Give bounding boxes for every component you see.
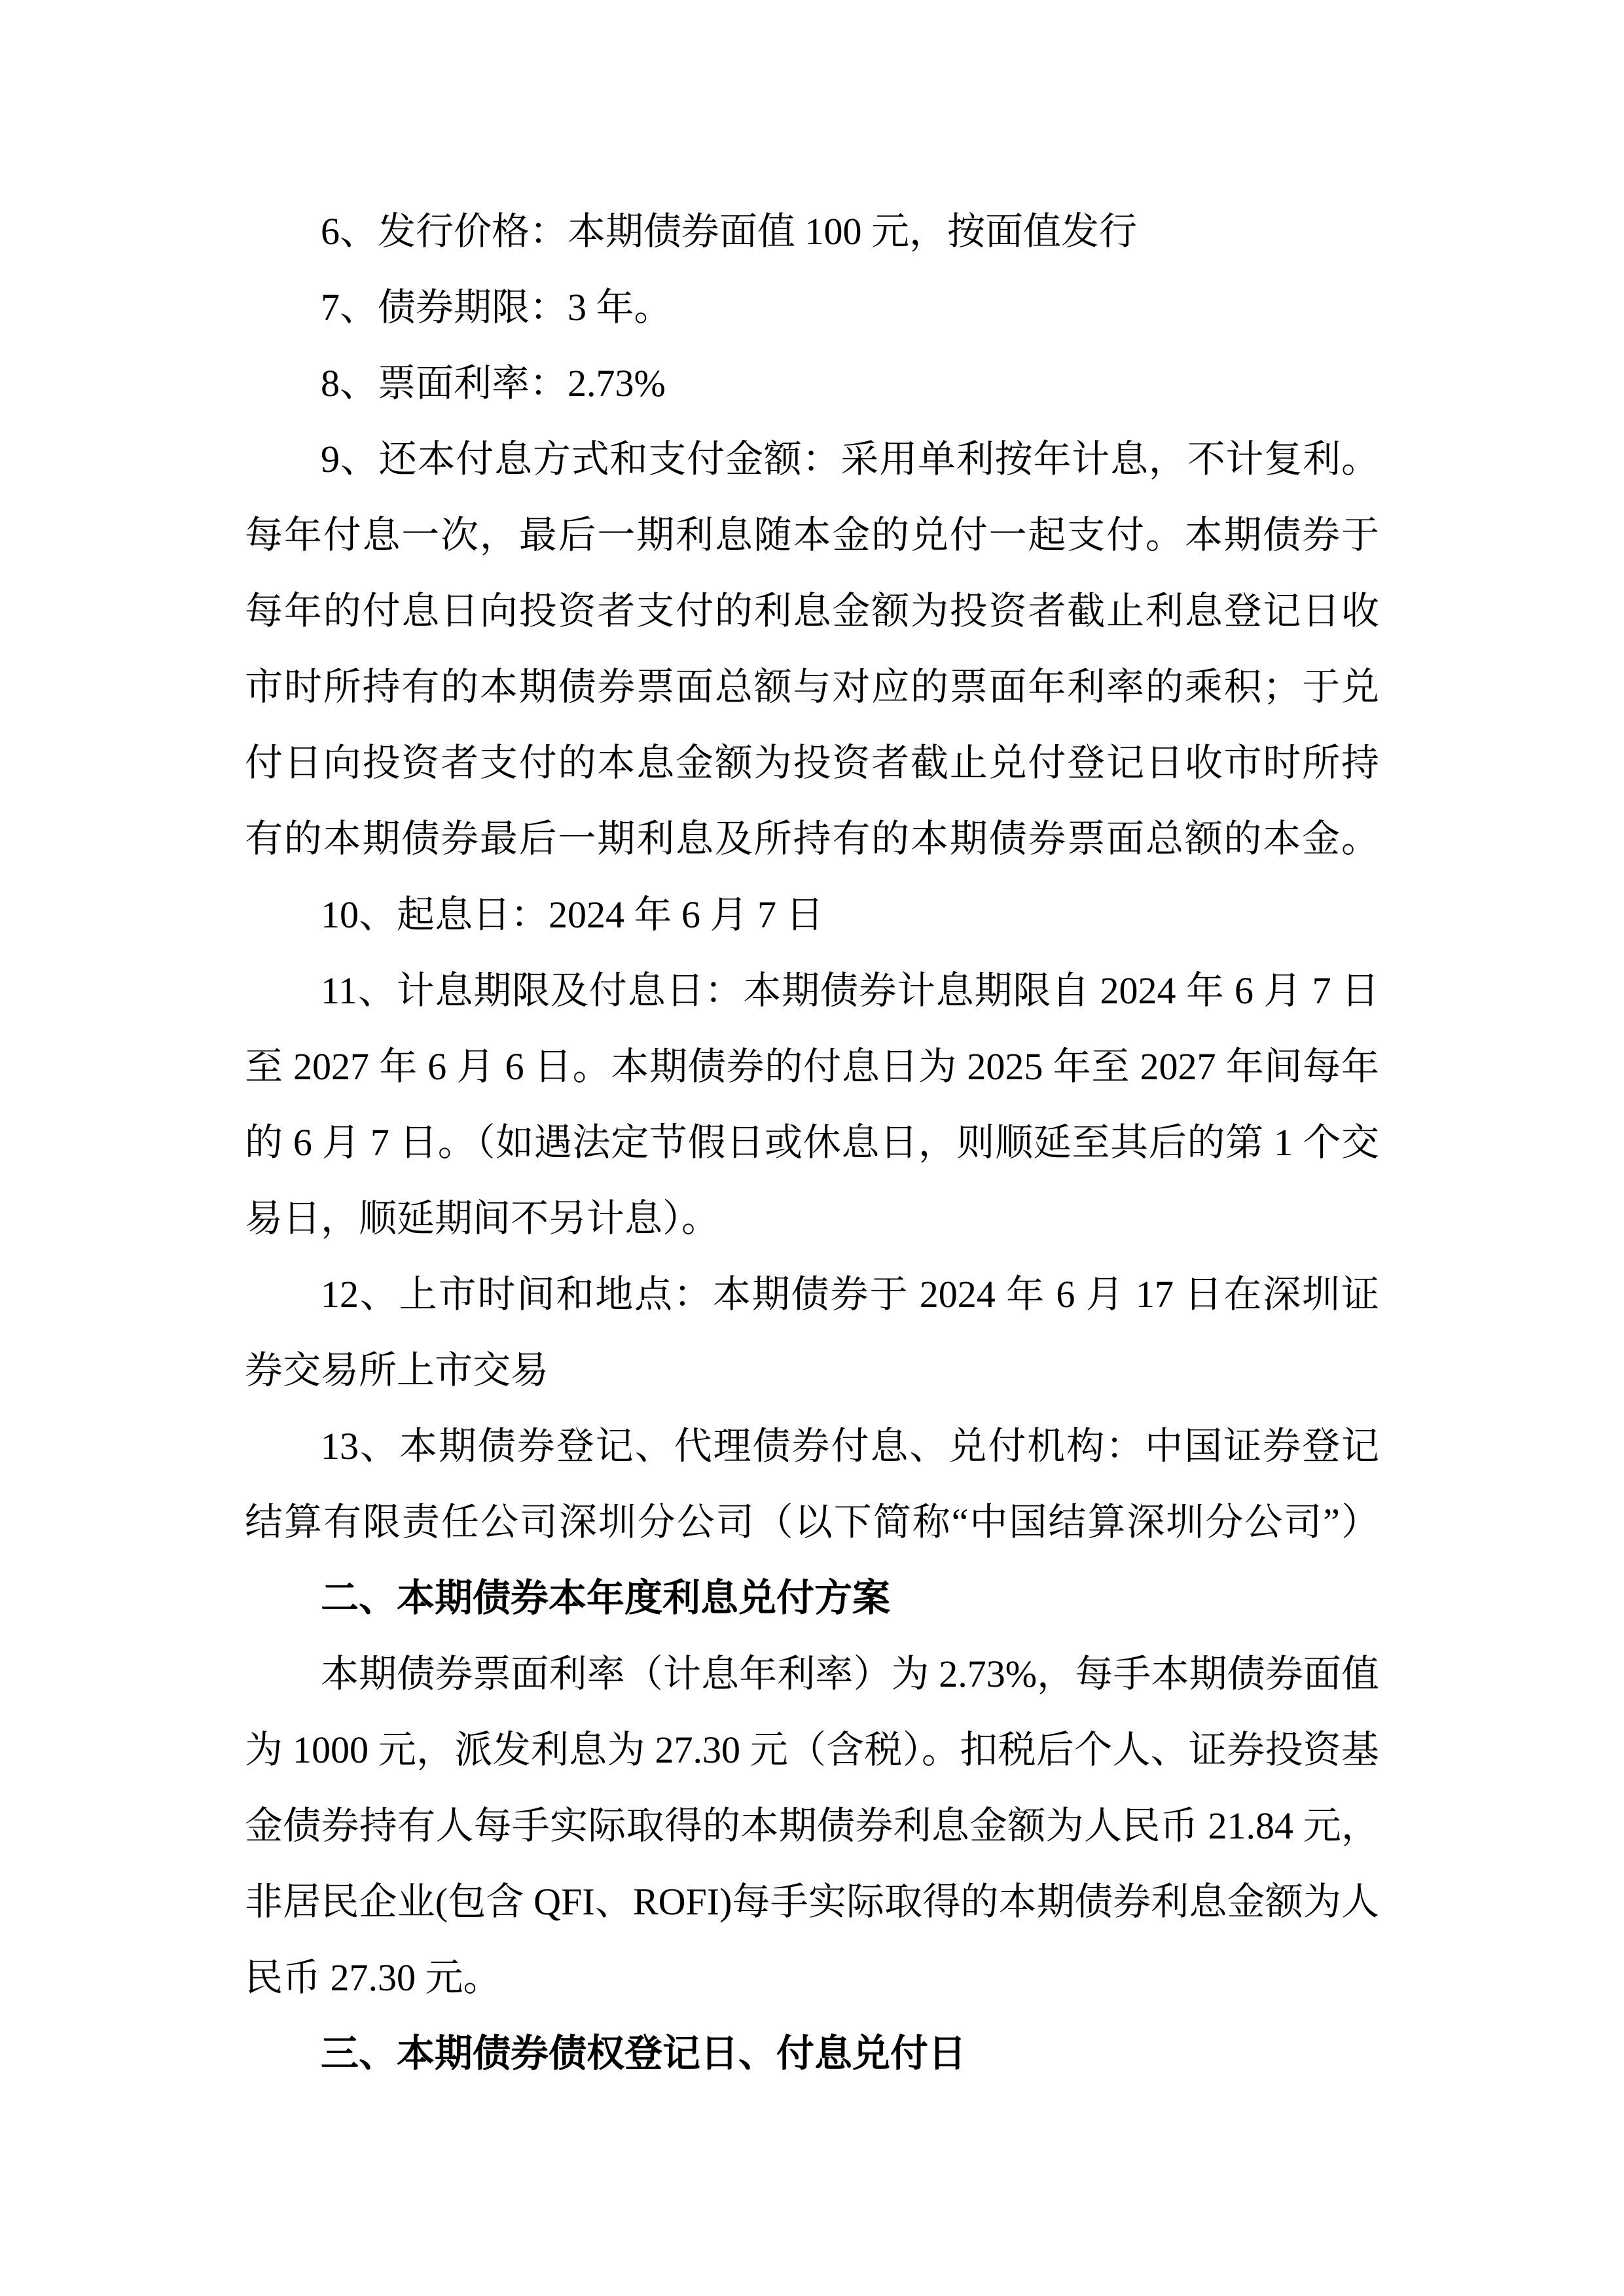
item-9-payment-method-line-2: 每年付息一次，最后一期利息随本金的兑付一起支付。本期债券于 [245, 497, 1379, 573]
item-9-payment-method-line-3: 每年的付息日向投资者支付的利息金额为投资者截止利息登记日收 [245, 573, 1379, 649]
document-page: 6、发行价格：本期债券面值 100 元，按面值发行 7、债券期限：3 年。 8、… [0, 0, 1624, 2296]
section-2-paragraph-line-1: 本期债券票面利率（计息年利率）为 2.73%，每手本期债券面值 [245, 1636, 1379, 1712]
item-11-interest-period-line-4: 易日，顺延期间不另计息）。 [245, 1181, 1379, 1257]
section-heading-3-registration-date: 三、本期债券债权登记日、付息兑付日 [245, 2016, 1379, 2092]
item-13-registrar-line-2: 结算有限责任公司深圳分公司（以下简称“中国结算深圳分公司”） [245, 1484, 1379, 1560]
item-13-registrar-line-1: 13、本期债券登记、代理债券付息、兑付机构：中国证券登记 [245, 1408, 1379, 1484]
section-heading-2-interest-payment-plan: 二、本期债券本年度利息兑付方案 [245, 1560, 1379, 1636]
section-2-paragraph-line-4: 非居民企业(包含 QFI、ROFI)每手实际取得的本期债券利息金额为人 [245, 1864, 1379, 1940]
item-11-interest-period-line-3: 的 6 月 7 日。（如遇法定节假日或休息日，则顺延至其后的第 1 个交 [245, 1105, 1379, 1181]
item-9-payment-method-line-4: 市时所持有的本期债券票面总额与对应的票面年利率的乘积；于兑 [245, 649, 1379, 725]
section-2-paragraph-line-2: 为 1000 元，派发利息为 27.30 元（含税）。扣税后个人、证券投资基 [245, 1712, 1379, 1788]
item-8-coupon-rate: 8、票面利率：2.73% [245, 346, 1379, 422]
item-9-payment-method-line-6: 有的本期债券最后一期利息及所持有的本期债券票面总额的本金。 [245, 801, 1379, 877]
document-body: 6、发行价格：本期债券面值 100 元，按面值发行 7、债券期限：3 年。 8、… [245, 194, 1379, 2092]
item-9-payment-method-line-1: 9、还本付息方式和支付金额：采用单利按年计息，不计复利。 [245, 422, 1379, 497]
item-6-issue-price: 6、发行价格：本期债券面值 100 元，按面值发行 [245, 194, 1379, 270]
item-11-interest-period-line-2: 至 2027 年 6 月 6 日。本期债券的付息日为 2025 年至 2027 … [245, 1029, 1379, 1105]
section-2-paragraph-line-3: 金债券持有人每手实际取得的本期债券利息金额为人民币 21.84 元， [245, 1788, 1379, 1864]
item-9-payment-method-line-5: 付日向投资者支付的本息金额为投资者截止兑付登记日收市时所持 [245, 725, 1379, 801]
item-10-value-date: 10、起息日：2024 年 6 月 7 日 [245, 877, 1379, 953]
item-12-listing-line-1: 12、上市时间和地点：本期债券于 2024 年 6 月 17 日在深圳证 [245, 1257, 1379, 1333]
section-2-paragraph-line-5: 民币 27.30 元。 [245, 1940, 1379, 2016]
item-12-listing-line-2: 券交易所上市交易 [245, 1333, 1379, 1408]
item-7-bond-term: 7、债券期限：3 年。 [245, 270, 1379, 346]
item-11-interest-period-line-1: 11、计息期限及付息日：本期债券计息期限自 2024 年 6 月 7 日 [245, 953, 1379, 1029]
